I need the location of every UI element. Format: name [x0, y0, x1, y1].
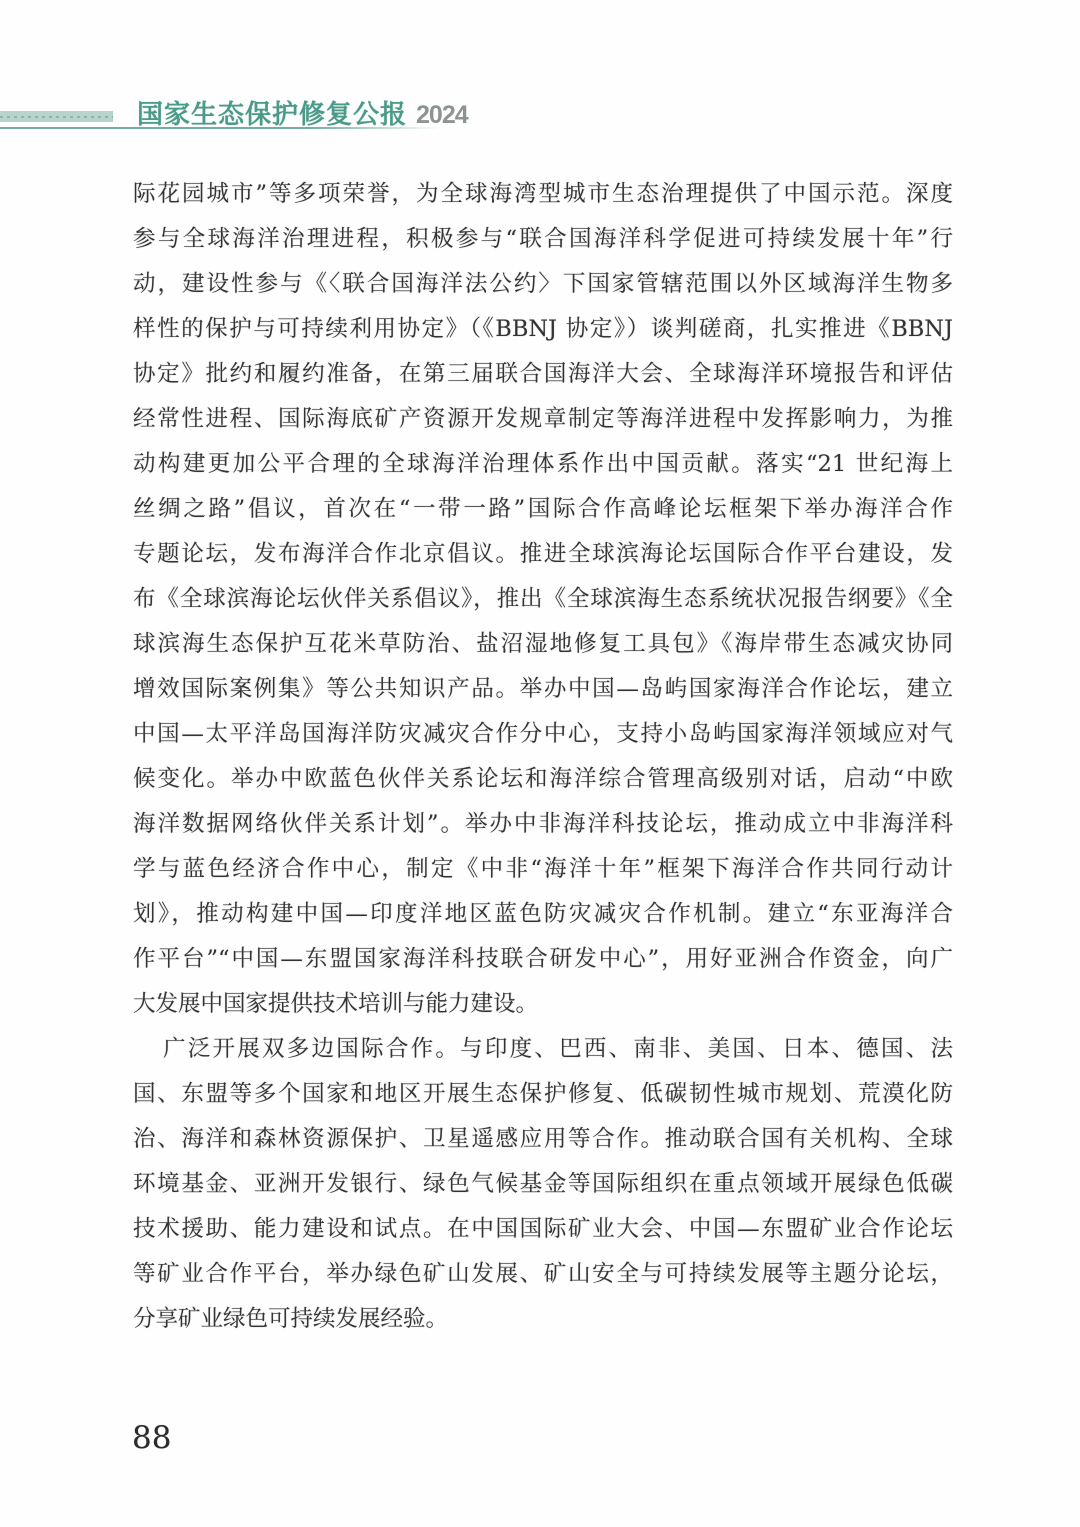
- document-page: 国家生态保护修复公报2024 际花园城市”等多项荣誉，为全球海湾型城市生态治理提…: [0, 0, 1080, 1527]
- text-line: 海洋数据网络伙伴关系计划”。举办中非海洋科技论坛，推动成立中非海洋科: [133, 802, 953, 847]
- text-line: 动，建设性参与《〈联合国海洋法公约〉下国家管辖范围以外区域海洋生物多: [133, 262, 953, 307]
- header-accent-bar: [0, 111, 113, 122]
- text-line: 专题论坛，发布海洋合作北京倡议。推进全球滨海论坛国际合作平台建设，发: [133, 532, 953, 577]
- text-line: 国、东盟等多个国家和地区开展生态保护修复、低碳韧性城市规划、荒漠化防: [133, 1072, 953, 1117]
- text-line: 样性的保护与可持续利用协定》（《BBNJ 协定》）谈判磋商，扎实推进《BBNJ: [133, 307, 953, 352]
- text-line: 划》，推动构建中国—印度洋地区蓝色防灾减灾合作机制。建立“东亚海洋合: [133, 892, 953, 937]
- text-line: 技术援助、能力建设和试点。在中国国际矿业大会、中国—东盟矿业合作论坛: [133, 1207, 953, 1252]
- text-line: 布《全球滨海论坛伙伴关系倡议》，推出《全球滨海生态系统状况报告纲要》《全: [133, 577, 953, 622]
- text-line: 参与全球海洋治理进程，积极参与“联合国海洋科学促进可持续发展十年”行: [133, 217, 953, 262]
- page-number: 88: [132, 1420, 171, 1456]
- text-line: 际花园城市”等多项荣誉，为全球海湾型城市生态治理提供了中国示范。深度: [133, 172, 953, 217]
- text-line: 治、海洋和森林资源保护、卫星遥感应用等合作。推动联合国有关机构、全球: [133, 1117, 953, 1162]
- text-line: 候变化。举办中欧蓝色伙伴关系论坛和海洋综合管理高级别对话，启动“中欧: [133, 757, 953, 802]
- text-line: 中国—太平洋岛国海洋防灾减灾合作分中心，支持小岛屿国家海洋领域应对气: [133, 712, 953, 757]
- text-line: 大发展中国家提供技术培训与能力建设。: [133, 982, 953, 1027]
- text-line: 动构建更加公平合理的全球海洋治理体系作出中国贡献。落实“21 世纪海上: [133, 442, 953, 487]
- text-line-paragraph-start: 广泛开展双多边国际合作。与印度、巴西、南非、美国、日本、德国、法: [133, 1027, 953, 1072]
- text-line: 作平台”“中国—东盟国家海洋科技联合研发中心”，用好亚洲合作资金，向广: [133, 937, 953, 982]
- text-line: 分享矿业绿色可持续发展经验。: [133, 1297, 953, 1342]
- body-text: 际花园城市”等多项荣誉，为全球海湾型城市生态治理提供了中国示范。深度 参与全球海…: [133, 172, 953, 1342]
- text-line: 丝绸之路”倡议，首次在“一带一路”国际合作高峰论坛框架下举办海洋合作: [133, 487, 953, 532]
- text-line: 学与蓝色经济合作中心，制定《中非“海洋十年”框架下海洋合作共同行动计: [133, 847, 953, 892]
- text-line: 增效国际案例集》等公共知识产品。举办中国—岛屿国家海洋合作论坛，建立: [133, 667, 953, 712]
- header-title: 国家生态保护修复公报: [137, 100, 407, 130]
- text-line: 环境基金、亚洲开发银行、绿色气候基金等国际组织在重点领域开展绿色低碳: [133, 1162, 953, 1207]
- text-line: 经常性进程、国际海底矿产资源开发规章制定等海洋进程中发挥影响力，为推: [133, 397, 953, 442]
- text-line: 球滨海生态保护互花米草防治、盐沼湿地修复工具包》《海岸带生态减灾协同: [133, 622, 953, 667]
- text-line: 等矿业合作平台，举办绿色矿山发展、矿山安全与可持续发展等主题分论坛，: [133, 1252, 953, 1297]
- header-year: 2024: [416, 101, 468, 129]
- text-line: 协定》批约和履约准备，在第三届联合国海洋大会、全球海洋环境报告和评估: [133, 352, 953, 397]
- page-header: 国家生态保护修复公报2024: [137, 94, 468, 131]
